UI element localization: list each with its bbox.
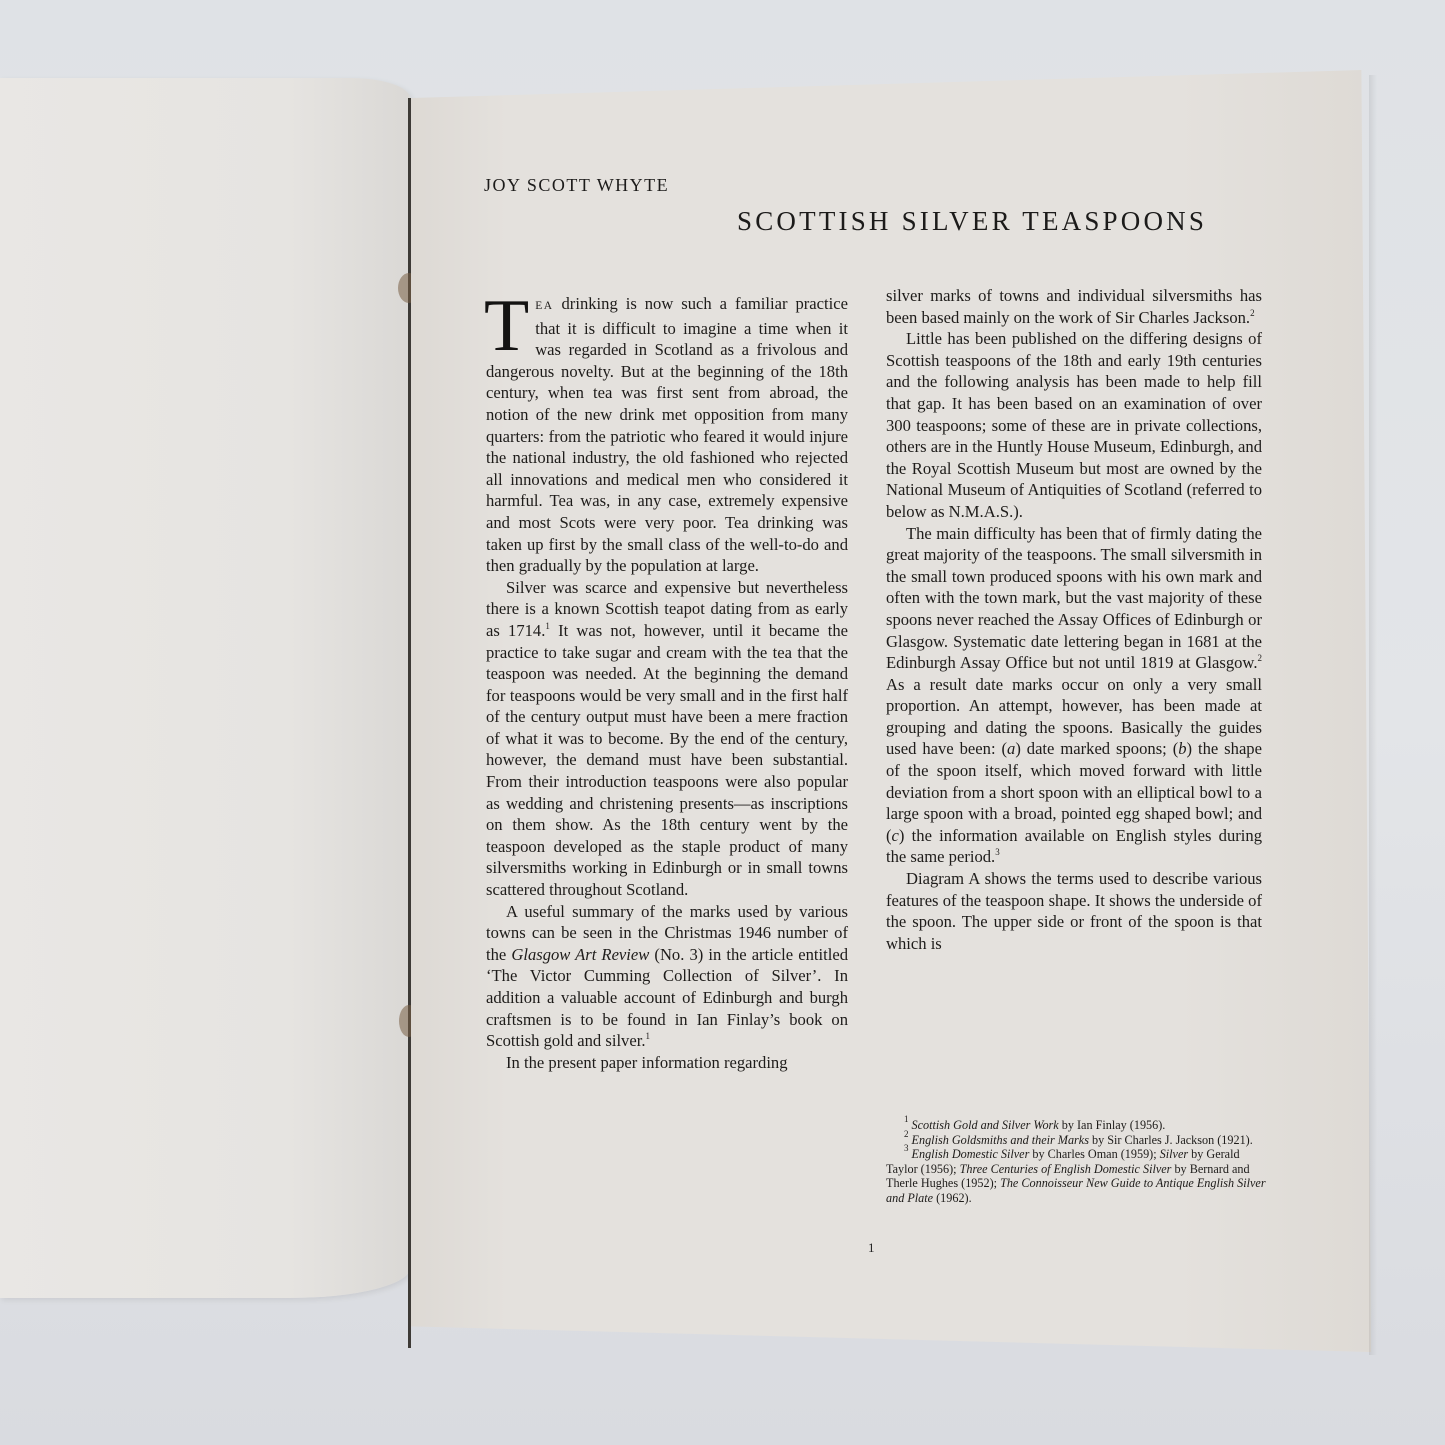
paragraph: In the present paper information regardi… xyxy=(486,1052,848,1074)
author-name: JOY SCOTT WHYTE xyxy=(484,175,669,196)
footnote-title: English Domestic Silver xyxy=(912,1147,1030,1161)
footnote-number: 2 xyxy=(904,1129,909,1139)
footnote-text: by Ian Finlay (1956). xyxy=(1059,1118,1166,1132)
paragraph: silver marks of towns and individual sil… xyxy=(886,285,1262,328)
page-number: 1 xyxy=(868,1240,875,1256)
footnote-title: English Goldsmiths and their Marks xyxy=(912,1133,1089,1147)
drop-cap: T xyxy=(484,297,529,355)
paragraph: The main difficulty has been that of fir… xyxy=(886,523,1262,869)
footnote-title: Scottish Gold and Silver Work xyxy=(912,1118,1059,1132)
paragraph-text: silver marks of towns and individual sil… xyxy=(886,286,1262,327)
paragraph-text: The main difficulty has been that of fir… xyxy=(886,524,1262,673)
article-title: SCOTTISH SILVER TEASPOONS xyxy=(737,206,1207,237)
list-label: b xyxy=(1178,739,1186,758)
footnote: 1 Scottish Gold and Silver Work by Ian F… xyxy=(886,1118,1266,1133)
footnote-ref: 3 xyxy=(995,847,1000,857)
text-column-right: silver marks of towns and individual sil… xyxy=(886,285,1262,954)
footnote-text: (1962). xyxy=(933,1191,972,1205)
paragraph-text: ) the information available on English s… xyxy=(886,826,1262,867)
footnote-number: 1 xyxy=(904,1114,909,1124)
paragraph: Little has been published on the differi… xyxy=(886,328,1262,522)
paragraph-text: ) date marked spoons; ( xyxy=(1015,739,1178,758)
footnotes: 1 Scottish Gold and Silver Work by Ian F… xyxy=(886,1118,1266,1206)
small-caps-text: EA xyxy=(535,300,553,312)
paragraph: Diagram A shows the terms used to descri… xyxy=(886,868,1262,954)
footnote-title: Three Centuries of English Domestic Silv… xyxy=(960,1162,1172,1176)
footnote-ref: 2 xyxy=(1258,653,1263,663)
page-edge-shadow xyxy=(1369,75,1377,1355)
footnote-text: by Charles Oman (1959); xyxy=(1029,1147,1159,1161)
text-column-left: TEA drinking is now such a familiar prac… xyxy=(486,293,848,1073)
paragraph: Silver was scarce and expensive but neve… xyxy=(486,577,848,901)
footnote-text: by Sir Charles J. Jackson (1921). xyxy=(1089,1133,1253,1147)
italic-title: Glasgow Art Review xyxy=(511,945,649,964)
left-blank-page xyxy=(0,78,410,1298)
footnote-ref: 2 xyxy=(1250,308,1255,318)
paragraph-text: It was not, however, until it became the… xyxy=(486,621,848,899)
paragraph-text: drinking is now such a familiar practice… xyxy=(486,294,848,575)
footnote-number: 3 xyxy=(904,1143,909,1153)
footnote-ref: 1 xyxy=(645,1031,650,1041)
paragraph: A useful summary of the marks used by va… xyxy=(486,901,848,1052)
paragraph: TEA drinking is now such a familiar prac… xyxy=(486,293,848,577)
footnote: 3 English Domestic Silver by Charles Oma… xyxy=(886,1147,1266,1205)
footnote: 2 English Goldsmiths and their Marks by … xyxy=(886,1133,1266,1148)
footnote-title: Silver xyxy=(1160,1147,1188,1161)
list-label: c xyxy=(892,826,899,845)
